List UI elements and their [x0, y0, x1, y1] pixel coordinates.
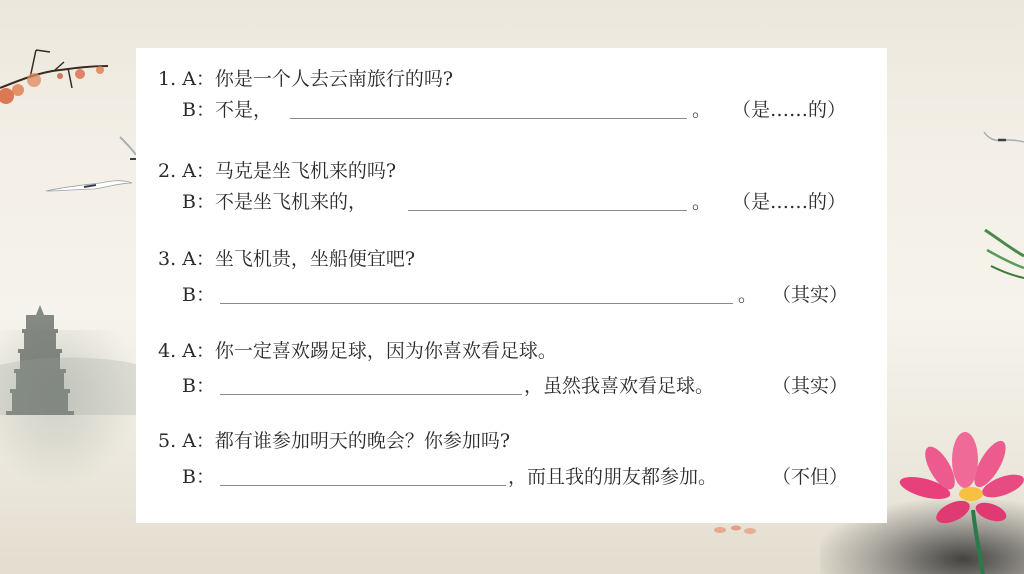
question-text: 马克是坐飞机来的吗? [215, 160, 396, 182]
speaker-b-label: B： [182, 284, 215, 306]
exercise-panel: 1. A：你是一个人去云南旅行的吗? B：不是， 。 （是……的） 2. A：马… [136, 48, 887, 523]
exercise-1-answer: B：不是， 。 （是……的） [182, 95, 882, 125]
speaker-a-label: A： [182, 430, 215, 452]
answer-suffix: 。 [692, 187, 711, 217]
crane-icon [118, 135, 138, 165]
exercise-2-question: 2. A：马克是坐飞机来的吗? [158, 156, 396, 186]
speaker-a-label: A： [182, 248, 215, 270]
question-text: 坐飞机贵，坐船便宜吧? [215, 248, 415, 270]
answer-blank[interactable] [220, 303, 733, 304]
exercise-4-answer: B： ，虽然我喜欢看足球。 （其实） [182, 371, 882, 401]
crane-icon [980, 128, 1024, 152]
speaker-b-label: B： [182, 191, 215, 213]
speaker-a-label: A： [182, 68, 215, 90]
answer-blank[interactable] [290, 118, 687, 119]
grammar-hint: （不但） [772, 462, 848, 492]
exercise-1-question: 1. A：你是一个人去云南旅行的吗? [158, 64, 453, 94]
exercise-number: 1. [158, 68, 176, 90]
speaker-a-label: A： [182, 160, 215, 182]
grammar-hint: （其实） [772, 371, 848, 401]
pagoda-icon [0, 305, 140, 475]
answer-suffix: ，虽然我喜欢看足球。 [524, 371, 714, 401]
question-text: 都有谁参加明天的晚会？你参加吗? [215, 430, 510, 452]
answer-prefix: 不是坐飞机来的， [215, 191, 367, 213]
plum-blossom-branch-icon [0, 40, 120, 110]
answer-blank[interactable] [408, 210, 687, 211]
exercise-3-answer: B： 。 （其实） [182, 280, 882, 310]
fallen-petals-icon [710, 522, 760, 536]
exercise-4-question: 4. A：你一定喜欢踢足球，因为你喜欢看足球。 [158, 336, 557, 366]
answer-blank[interactable] [220, 394, 522, 395]
speaker-a-label: A： [182, 340, 215, 362]
answer-suffix: 。 [738, 280, 757, 310]
speaker-b-label: B： [182, 466, 215, 488]
exercise-3-question: 3. A：坐飞机贵，坐船便宜吧? [158, 244, 415, 274]
grammar-hint: （是……的） [732, 187, 846, 217]
exercise-2-answer: B：不是坐飞机来的， 。 （是……的） [182, 187, 882, 217]
exercise-5-question: 5. A：都有谁参加明天的晚会？你参加吗? [158, 426, 510, 456]
answer-prefix: 不是， [215, 99, 272, 121]
lotus-flower-icon [895, 420, 1024, 574]
answer-suffix: 。 [692, 95, 711, 125]
crane-icon [44, 175, 134, 195]
speaker-b-label: B： [182, 99, 215, 121]
bamboo-leaves-icon [975, 220, 1024, 290]
question-text: 你是一个人去云南旅行的吗? [215, 68, 453, 90]
answer-blank[interactable] [220, 485, 506, 486]
answer-suffix: ，而且我的朋友都参加。 [508, 462, 717, 492]
exercise-number: 4. [158, 340, 176, 362]
grammar-hint: （其实） [772, 280, 848, 310]
exercise-number: 5. [158, 430, 176, 452]
question-text: 你一定喜欢踢足球，因为你喜欢看足球。 [215, 340, 557, 362]
grammar-hint: （是……的） [732, 95, 846, 125]
exercise-5-answer: B： ，而且我的朋友都参加。 （不但） [182, 462, 882, 492]
exercise-number: 3. [158, 248, 176, 270]
exercise-number: 2. [158, 160, 176, 182]
speaker-b-label: B： [182, 375, 215, 397]
